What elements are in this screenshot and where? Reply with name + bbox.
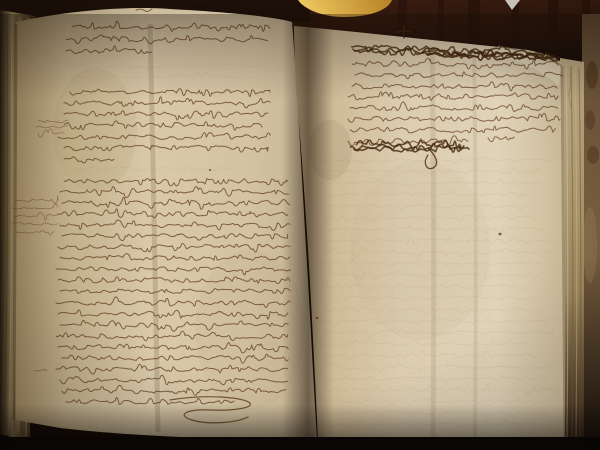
vignette: [0, 0, 600, 450]
photo-open-manuscript-book: Photograph of an open early-modern manus…: [0, 0, 600, 450]
manuscript-scene: [0, 0, 600, 450]
